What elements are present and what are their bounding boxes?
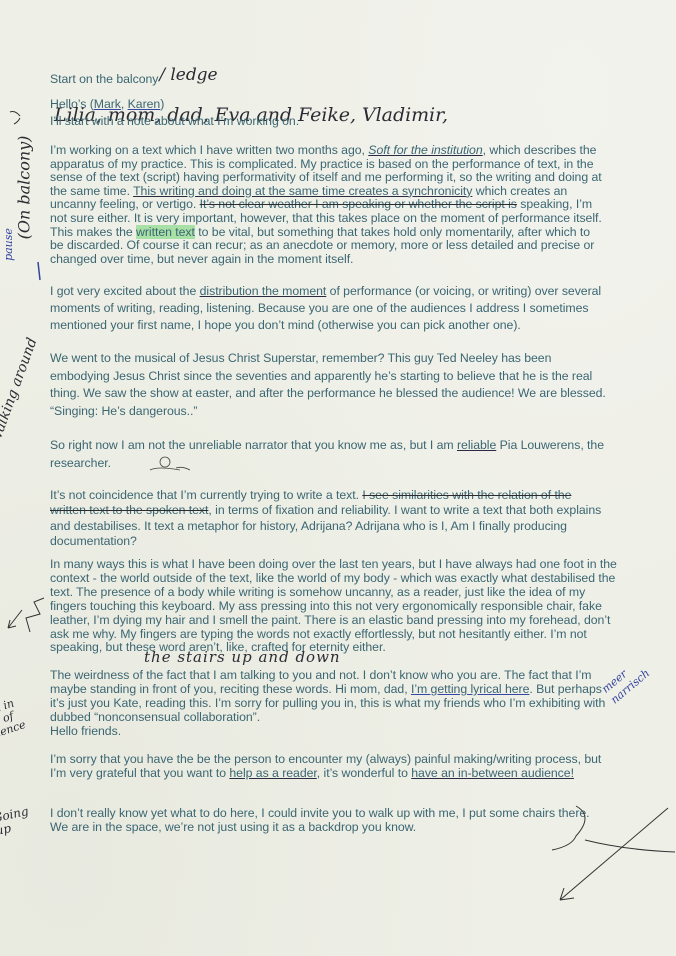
margin-note-going-up: Going up [0,804,36,838]
p1-underlined: This writing and doing at the same time … [133,184,472,198]
pause-mark-icon [38,262,40,280]
paragraph-8: I’m sorry that you have the be the perso… [50,752,615,780]
paragraph-9: I don’t really know yet what to do here,… [50,806,590,834]
margin-note-pause: pause [2,228,15,261]
p8-underlined-2: have an in-between audience! [411,766,574,780]
intro-line: I’ll start with a note about what I’m wo… [50,115,610,129]
bracket-mark-icon [10,112,20,125]
p4-text-a: So right now I am not the unreliable nar… [50,438,457,452]
scanned-page: Start on the balcony/ ledge Hello’s (Mar… [0,0,676,956]
margin-note-down-front: Down in front of audience [0,690,46,746]
paragraph-5: It’s not coincidence that I’m currently … [50,488,608,549]
p1-struck: It’s not clear weather I am speaking or … [200,197,517,211]
p7-underlined: I’m getting lyrical here [411,682,529,696]
paragraph-7: The weirdness of the fact that I am talk… [50,668,615,738]
p8-text-b: , it’s wonderful to [317,766,411,780]
paragraph-6: In many ways this is what I have been do… [50,558,620,655]
margin-note-on-balcony: (On balcony) [14,136,33,240]
p1-highlight: written text [136,225,195,239]
p1-text-a: I’m working on a text which I have writt… [50,143,368,157]
p4-underlined: reliable [457,438,496,452]
p5-text-a: It’s not coincidence that I’m currently … [50,488,362,502]
paragraph-4: So right now I am not the unreliable nar… [50,437,615,472]
paragraph-1: I’m working on a text which I have writt… [50,144,606,266]
stairs-arrow-icon [8,598,44,632]
hello-friends: Hello friends. [50,724,121,738]
work-title: Soft for the institution [368,143,482,157]
margin-note-walking-around: Walking around [0,336,41,447]
p2-underlined: distribution the moment [200,284,327,298]
stage-direction-line: Start on the balcony/ ledge [50,58,610,86]
p8-underlined-1: help as a reader [229,766,316,780]
p2-text-a: I got very excited about the [50,284,200,298]
line-mark-icon [585,840,675,852]
interline-note-stairs: the stairs up and down [144,648,341,666]
paragraph-2: I got very excited about the distributio… [50,283,612,334]
paragraph-3: We went to the musical of Jesus Christ S… [50,350,612,420]
handwritten-ledge: / ledge [159,65,217,85]
